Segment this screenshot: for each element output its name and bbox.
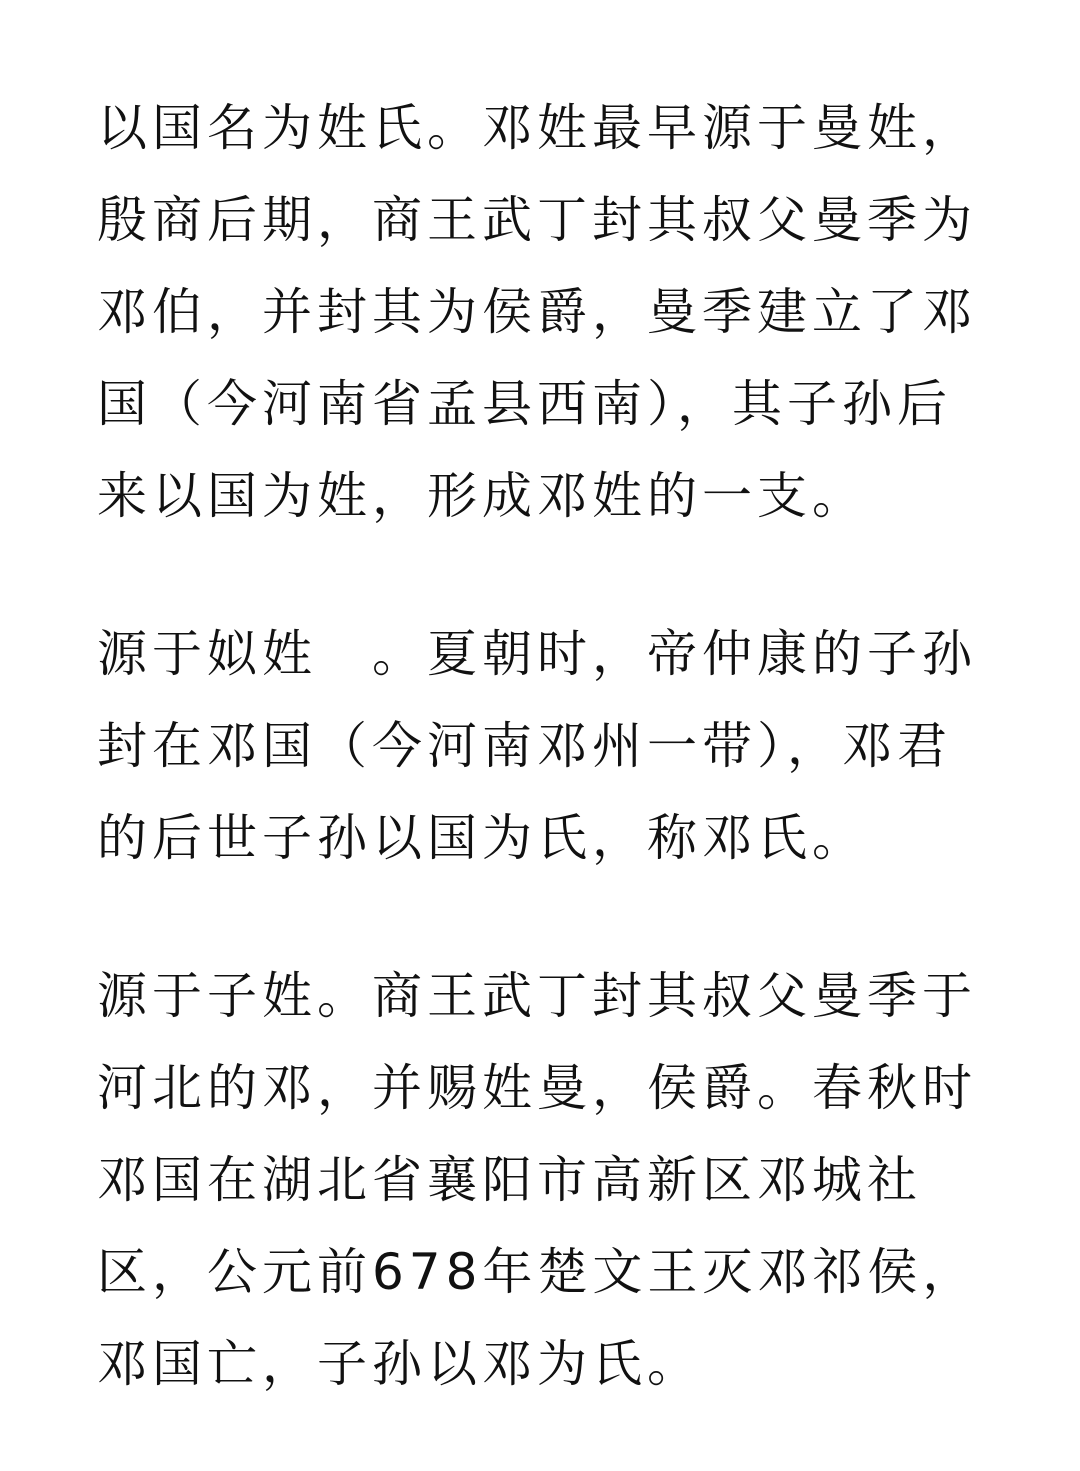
paragraph-origin-zi-surname: 源于子姓。商王武丁封其叔父曼季于 河北的邓，并赐姓曼，侯爵。春秋时 邓国在湖北省… [97, 950, 997, 1410]
text-line: 以国名为姓氏。邓姓最早源于曼姓， [97, 82, 997, 174]
text-line: 的后世子孙以国为氏，称邓氏。 [97, 792, 997, 884]
text-line: 邓国亡，子孙以邓为氏。 [97, 1318, 997, 1410]
text-line: 来以国为姓，形成邓姓的一支。 [97, 450, 997, 542]
text-line: 封在邓国（今河南邓州一带），邓君 [97, 700, 997, 792]
text-line: 河北的邓，并赐姓曼，侯爵。春秋时 [97, 1042, 997, 1134]
text-line: 殷商后期，商王武丁封其叔父曼季为 [97, 174, 997, 266]
text-line: 国（今河南省孟县西南），其子孙后 [97, 358, 997, 450]
text-line: 源于姒姓 。夏朝时，帝仲康的子孙 [97, 608, 997, 700]
text-line: 邓国在湖北省襄阳市高新区邓城社 [97, 1134, 997, 1226]
article-body: 以国名为姓氏。邓姓最早源于曼姓， 殷商后期，商王武丁封其叔父曼季为 邓伯，并封其… [97, 82, 997, 1410]
paragraph-origin-man-surname: 以国名为姓氏。邓姓最早源于曼姓， 殷商后期，商王武丁封其叔父曼季为 邓伯，并封其… [97, 82, 997, 542]
text-line: 区，公元前678年楚文王灭邓祁侯， [97, 1226, 997, 1318]
text-line: 源于子姓。商王武丁封其叔父曼季于 [97, 950, 997, 1042]
paragraph-origin-si-surname: 源于姒姓 。夏朝时，帝仲康的子孙 封在邓国（今河南邓州一带），邓君 的后世子孙以… [97, 608, 997, 884]
text-line: 邓伯，并封其为侯爵，曼季建立了邓 [97, 266, 997, 358]
